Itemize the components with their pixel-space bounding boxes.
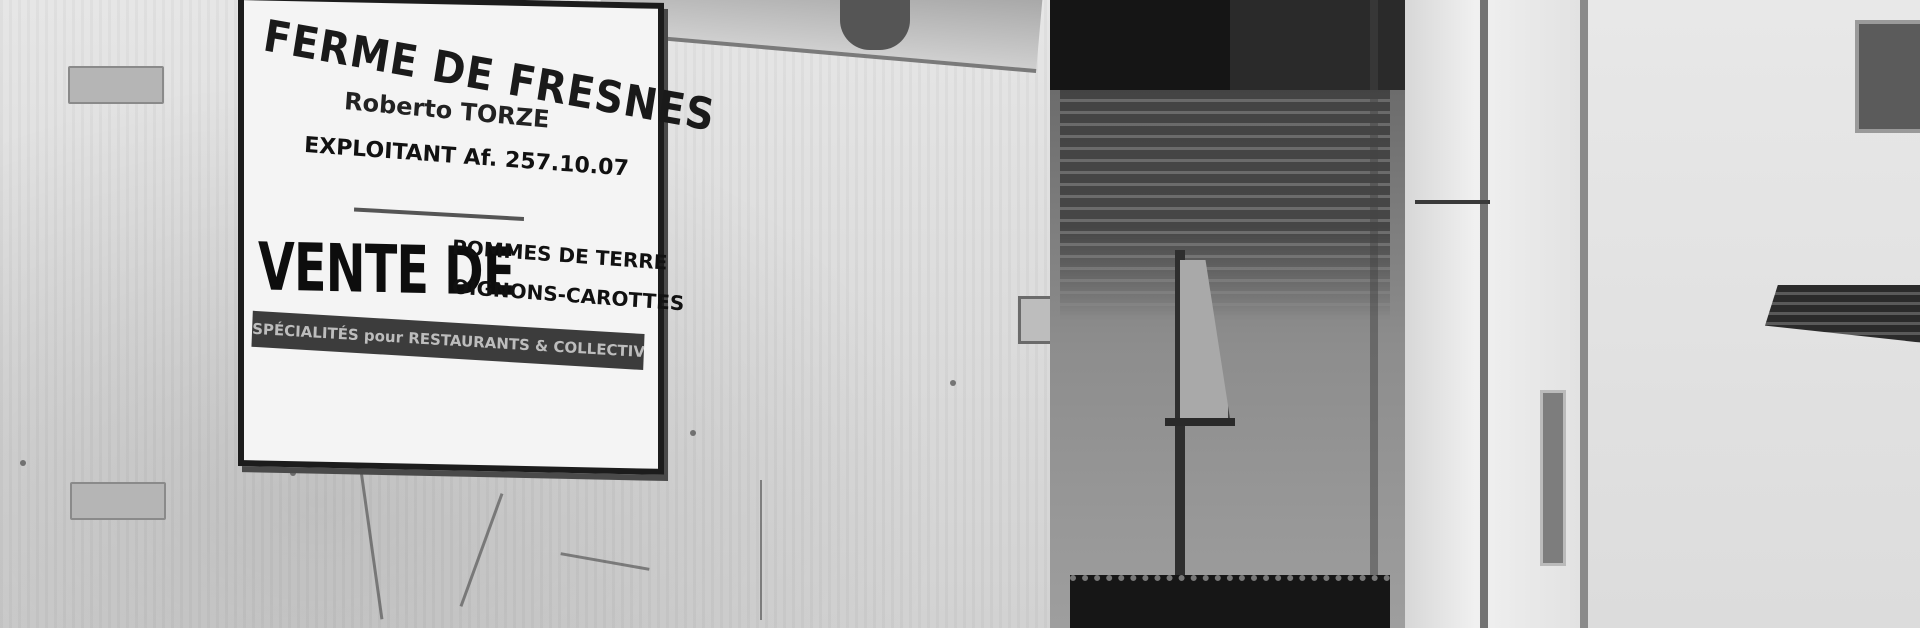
crossbar — [1165, 418, 1235, 426]
farm-sign: FERME DE FRESNES Roberto TORZE EXPLOITAN… — [238, 0, 664, 475]
wall-stain — [20, 460, 26, 466]
photo-scene: FERME DE FRESNES Roberto TORZE EXPLOITAN… — [0, 0, 1920, 628]
tiled-ledge — [1765, 285, 1920, 343]
sign-divider — [354, 207, 524, 220]
brick-wall — [1060, 90, 1390, 320]
wall-bracket-lower — [70, 482, 166, 520]
carriage-doorway — [1050, 0, 1410, 628]
shuttered-window — [1855, 20, 1920, 133]
sign-banner: SPÉCIALITÉS pour RESTAURANTS & COLLECTIV… — [251, 311, 644, 370]
gate-hinge — [1415, 200, 1490, 204]
pillar-edge — [1480, 0, 1488, 628]
whitewashed-wall-right — [1580, 0, 1920, 628]
wall-crack — [360, 471, 384, 620]
metal-gate — [1070, 575, 1390, 628]
wall-stain — [290, 470, 296, 476]
drain-pipe — [1580, 0, 1588, 628]
wall-bracket-upper — [68, 66, 164, 104]
wall-stain — [690, 430, 696, 436]
wall-crack — [760, 480, 762, 620]
doorway-shadow — [1050, 0, 1230, 90]
door-jamb — [1370, 0, 1378, 628]
stone-pillar — [1405, 0, 1580, 628]
sign-license: EXPLOITANT Af. 257.10.07 — [304, 133, 630, 182]
wall-stain — [950, 380, 956, 386]
pillar-slot — [1540, 390, 1566, 566]
wall-crack — [560, 552, 649, 571]
wall-crack — [460, 493, 504, 607]
wall-lamp — [840, 0, 910, 50]
